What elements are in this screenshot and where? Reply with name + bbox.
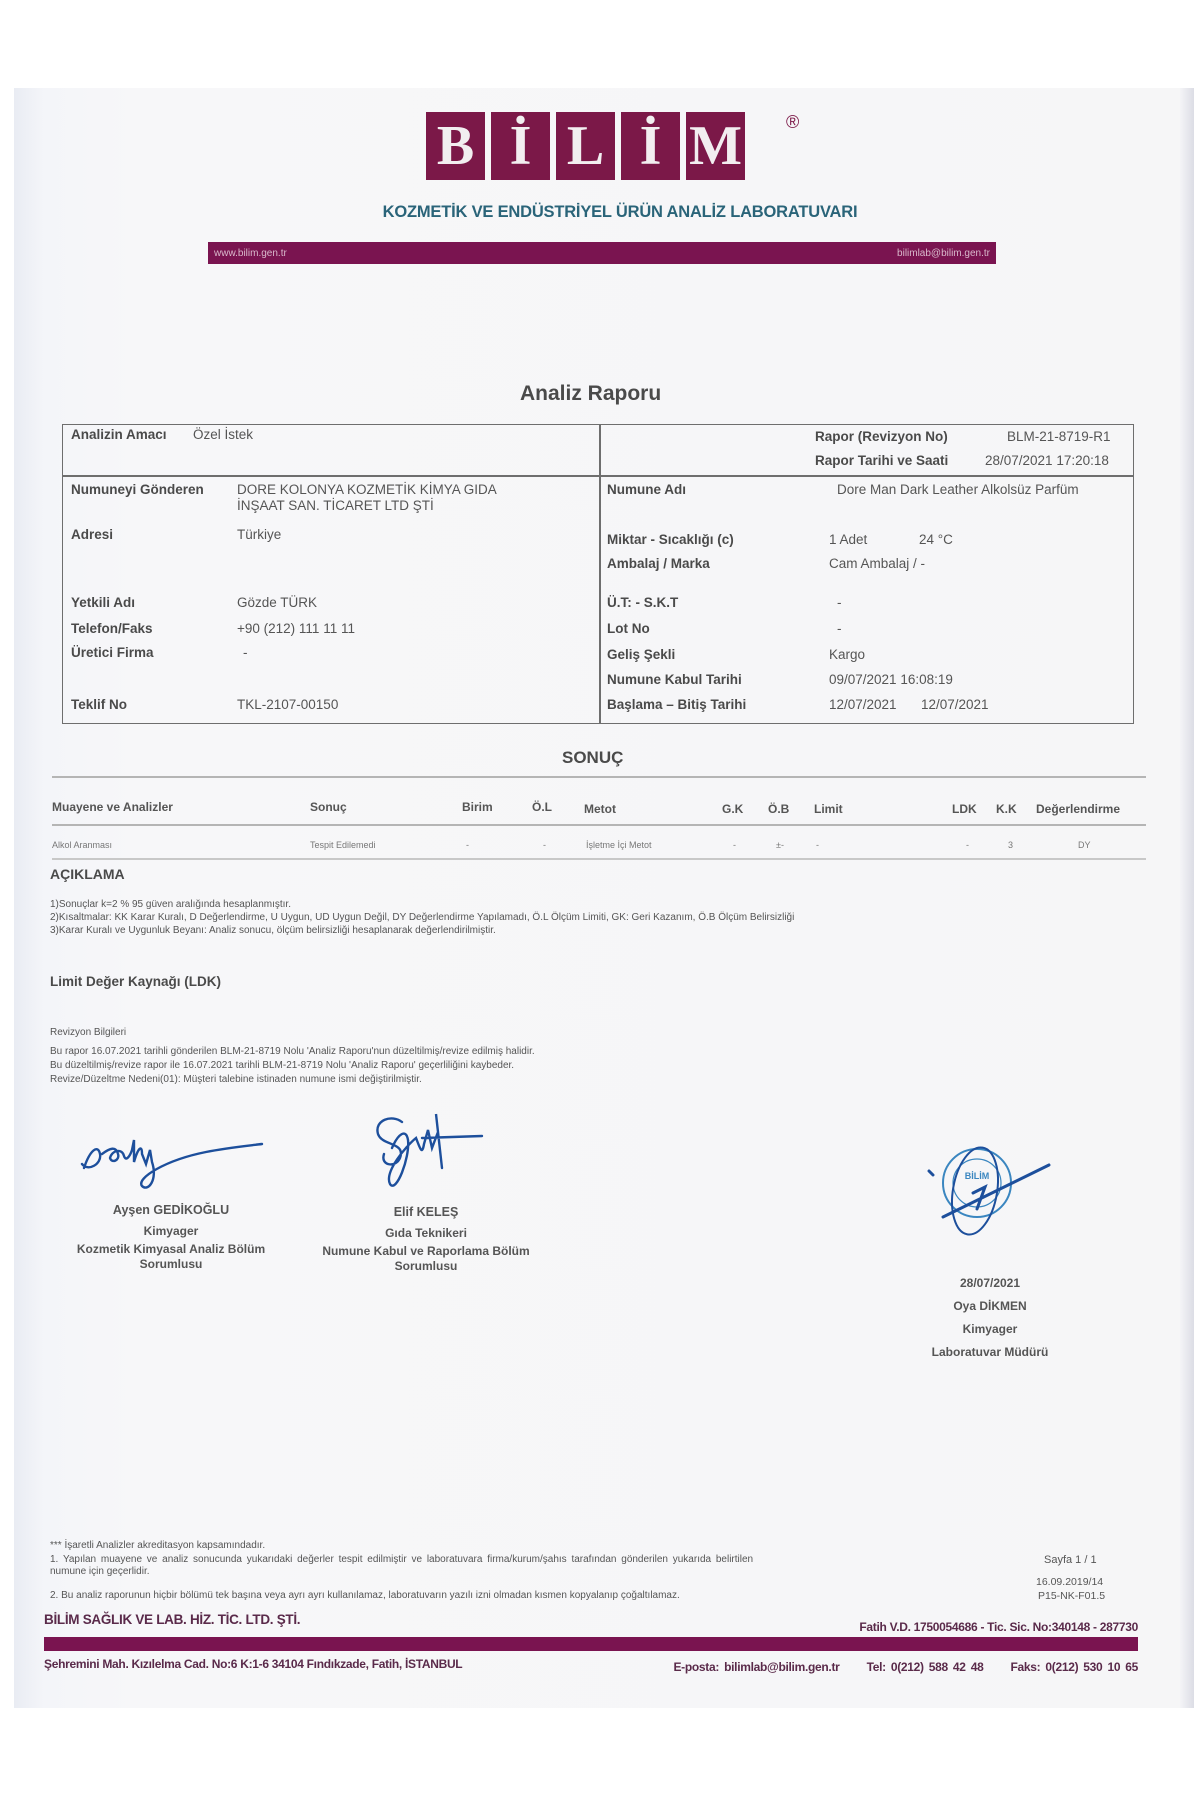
report-date-value: 28/07/2021 17:20:18 bbox=[985, 453, 1109, 468]
website-link[interactable]: www.bilim.gen.tr bbox=[214, 248, 287, 259]
cell-evaluation: DY bbox=[1078, 840, 1091, 850]
page-edge-shadow bbox=[1180, 88, 1194, 1708]
quantity-value: 1 Adet bbox=[829, 532, 867, 547]
address-value: Türkiye bbox=[237, 527, 281, 542]
logo-letter: B bbox=[426, 112, 485, 180]
revision-value: BLM-21-8719-R1 bbox=[1007, 429, 1111, 444]
temperature-value: 24 °C bbox=[919, 532, 953, 547]
cell-ol: - bbox=[543, 840, 546, 850]
form-date: 16.09.2019/14 bbox=[1036, 1576, 1103, 1588]
sender-label: Numuneyi Gönderen bbox=[71, 482, 204, 497]
revision-info-title: Revizyon Bilgileri bbox=[50, 1027, 126, 1038]
signatory-2: Elif KELEŞ Gıda Teknikeri Numune Kabul v… bbox=[306, 1202, 546, 1274]
cell-analysis: Alkol Aranması bbox=[52, 840, 112, 850]
explanation-line: 3)Karar Kuralı ve Uygunluk Beyanı: Anali… bbox=[50, 925, 496, 936]
signature-keles-icon bbox=[362, 1108, 502, 1203]
phone-value: +90 (212) 111 11 11 bbox=[237, 621, 355, 636]
divider bbox=[52, 858, 1146, 860]
footer-contact: E-posta: bilimlab@bilim.gen.tr Tel: 0(21… bbox=[673, 1660, 1138, 1674]
footer-company: BİLİM SAĞLIK VE LAB. HİZ. TİC. LTD. ŞTİ. bbox=[44, 1612, 300, 1627]
footer-tax-info: Fatih V.D. 1750054686 - Tic. Sic. No:340… bbox=[859, 1620, 1138, 1634]
logo-letter: İ bbox=[621, 112, 680, 180]
accept-date-label: Numune Kabul Tarihi bbox=[607, 672, 742, 687]
signatory-name: Elif KELEŞ bbox=[306, 1202, 546, 1223]
logo-letter: İ bbox=[491, 112, 550, 180]
lab-name: KOZMETİK VE ENDÜSTRİYEL ÜRÜN ANALİZ LABO… bbox=[380, 203, 860, 222]
dates-value: - bbox=[837, 595, 842, 610]
end-date-value: 12/07/2021 bbox=[921, 697, 989, 712]
column-header: Birim bbox=[462, 800, 493, 814]
footer-fax: Faks: 0(212) 530 10 65 bbox=[1011, 1660, 1139, 1674]
cell-result: Tespit Edilemedi bbox=[310, 840, 376, 850]
sample-name-value: Dore Man Dark Leather Alkolsüz Parfüm bbox=[837, 482, 1079, 497]
cell-ob: ±- bbox=[776, 840, 784, 850]
arrival-label: Geliş Şekli bbox=[607, 647, 675, 662]
manufacturer-label: Üretici Firma bbox=[71, 645, 154, 660]
signatory-title: Kimyager bbox=[890, 1318, 1090, 1341]
analysis-purpose-label: Analizin Amacı bbox=[71, 427, 167, 442]
divider bbox=[63, 475, 1133, 477]
column-header: Muayene ve Analizler bbox=[52, 800, 173, 814]
signatory-title: Gıda Teknikeri bbox=[306, 1223, 546, 1244]
explanation-line: 2)Kısaltmalar: KK Karar Kuralı, D Değerl… bbox=[50, 912, 794, 923]
phone-label: Telefon/Faks bbox=[71, 621, 153, 636]
cell-ldk: - bbox=[966, 840, 969, 850]
column-header: Değerlendirme bbox=[1036, 802, 1120, 816]
revision-label: Rapor (Revizyon No) bbox=[815, 429, 948, 444]
contact-value: Gözde TÜRK bbox=[237, 595, 317, 610]
email-link[interactable]: bilimlab@bilim.gen.tr bbox=[897, 248, 990, 259]
logo-letter: L bbox=[556, 112, 615, 180]
stamp-text: BİLİM bbox=[965, 1171, 990, 1181]
accreditation-note: *** İşaretli Analizler akreditasyon kaps… bbox=[50, 1540, 265, 1551]
header-contact-bar: www.bilim.gen.tr bilimlab@bilim.gen.tr bbox=[208, 242, 996, 264]
column-header: G.K bbox=[722, 802, 743, 816]
revision-info-line: Bu düzeltilmiş/revize rapor ile 16.07.20… bbox=[50, 1060, 514, 1071]
divider bbox=[52, 776, 1146, 778]
limit-source-title: Limit Değer Kaynağı (LDK) bbox=[50, 974, 221, 989]
cell-kk: 3 bbox=[1008, 840, 1013, 850]
note-1: 1. Yapılan muayene ve analiz sonucunda y… bbox=[50, 1554, 753, 1565]
document-page bbox=[14, 88, 1194, 1708]
column-header: K.K bbox=[996, 802, 1017, 816]
column-header: Ö.L bbox=[532, 800, 552, 814]
signatory-role: Kozmetik Kimyasal Analiz Bölüm bbox=[56, 1242, 286, 1257]
report-title: Analiz Raporu bbox=[520, 382, 661, 406]
contact-label: Yetkili Adı bbox=[71, 595, 135, 610]
signature-gedikoglu-icon bbox=[76, 1120, 276, 1200]
packaging-value: Cam Ambalaj / - bbox=[829, 556, 925, 571]
signatory-role: Numune Kabul ve Raporlama Bölüm bbox=[306, 1244, 546, 1259]
column-header: LDK bbox=[952, 802, 977, 816]
logo-letter: M bbox=[686, 112, 745, 180]
quantity-label: Miktar - Sıcaklığı (c) bbox=[607, 532, 734, 547]
signatory-title: Kimyager bbox=[56, 1221, 286, 1242]
address-label: Adresi bbox=[71, 527, 113, 542]
sample-name-label: Numune Adı bbox=[607, 482, 686, 497]
column-header: Metot bbox=[584, 802, 616, 816]
column-header: Limit bbox=[814, 802, 843, 816]
cell-gk: - bbox=[733, 840, 736, 850]
revision-info-line: Bu rapor 16.07.2021 tarihli gönderilen B… bbox=[50, 1046, 535, 1057]
column-header: Ö.B bbox=[768, 802, 789, 816]
divider bbox=[52, 824, 1146, 826]
footer-tel: Tel: 0(212) 588 42 48 bbox=[867, 1660, 984, 1674]
column-header: Sonuç bbox=[310, 800, 347, 814]
manufacturer-value: - bbox=[243, 645, 248, 660]
signatory-3: 28/07/2021 Oya DİKMEN Kimyager Laboratuv… bbox=[890, 1272, 1090, 1364]
signatory-name: Ayşen GEDİKOĞLU bbox=[56, 1200, 286, 1221]
lot-label: Lot No bbox=[607, 621, 650, 636]
analysis-purpose-value: Özel İstek bbox=[193, 427, 253, 442]
signatory-role: Laboratuvar Müdürü bbox=[890, 1341, 1090, 1364]
explanation-title: AÇIKLAMA bbox=[50, 866, 125, 882]
divider bbox=[599, 425, 601, 723]
dates-label: Ü.T: - S.K.T bbox=[607, 595, 678, 610]
note-2: 2. Bu analiz raporunun hiçbir bölümü tek… bbox=[50, 1590, 680, 1601]
packaging-label: Ambalaj / Marka bbox=[607, 556, 710, 571]
lot-value: - bbox=[837, 621, 842, 636]
note-1-cont: numune için geçerlidir. bbox=[50, 1566, 150, 1577]
footer-email[interactable]: E-posta: bilimlab@bilim.gen.tr bbox=[673, 1660, 839, 1674]
offer-value: TKL-2107-00150 bbox=[237, 697, 338, 712]
sender-value-line1: DORE KOLONYA KOZMETİK KİMYA GIDA bbox=[237, 482, 497, 497]
sender-value-line2: İNŞAAT SAN. TİCARET LTD ŞTİ bbox=[237, 498, 434, 513]
cell-limit: - bbox=[816, 840, 819, 850]
offer-label: Teklif No bbox=[71, 697, 127, 712]
period-label: Başlama – Bitiş Tarihi bbox=[607, 697, 746, 712]
cell-unit: - bbox=[466, 840, 469, 850]
registered-mark: ® bbox=[786, 112, 799, 133]
arrival-value: Kargo bbox=[829, 647, 865, 662]
form-code: P15-NK-F01.5 bbox=[1038, 1590, 1105, 1602]
revision-info-line: Revize/Düzeltme Nedeni(01): Müşteri tale… bbox=[50, 1074, 422, 1085]
accept-date-value: 09/07/2021 16:08:19 bbox=[829, 672, 953, 687]
signatory-1: Ayşen GEDİKOĞLU Kimyager Kozmetik Kimyas… bbox=[56, 1200, 286, 1272]
page-number: Sayfa 1 / 1 bbox=[1044, 1554, 1097, 1566]
report-date-label: Rapor Tarihi ve Saati bbox=[815, 453, 948, 468]
explanation-line: 1)Sonuçlar k=2 % 95 güven aralığında hes… bbox=[50, 899, 291, 910]
results-title: SONUÇ bbox=[562, 748, 623, 768]
sample-info-table: Analizin Amacı Özel İstek Numuneyi Gönde… bbox=[62, 424, 1134, 724]
cell-method: İşletme İçi Metot bbox=[586, 840, 652, 850]
footer-address: Şehremini Mah. Kızılelma Cad. No:6 K:1-6… bbox=[44, 1657, 462, 1671]
start-date-value: 12/07/2021 bbox=[829, 697, 897, 712]
signatory-role: Sorumlusu bbox=[306, 1259, 546, 1274]
footer-bar bbox=[44, 1637, 1138, 1651]
lab-stamp-icon: BİLİM bbox=[925, 1135, 1065, 1245]
bilim-logo: B İ L İ M bbox=[426, 112, 745, 180]
signature-date: 28/07/2021 bbox=[890, 1272, 1090, 1295]
signatory-name: Oya DİKMEN bbox=[890, 1295, 1090, 1318]
signatory-role: Sorumlusu bbox=[56, 1257, 286, 1272]
